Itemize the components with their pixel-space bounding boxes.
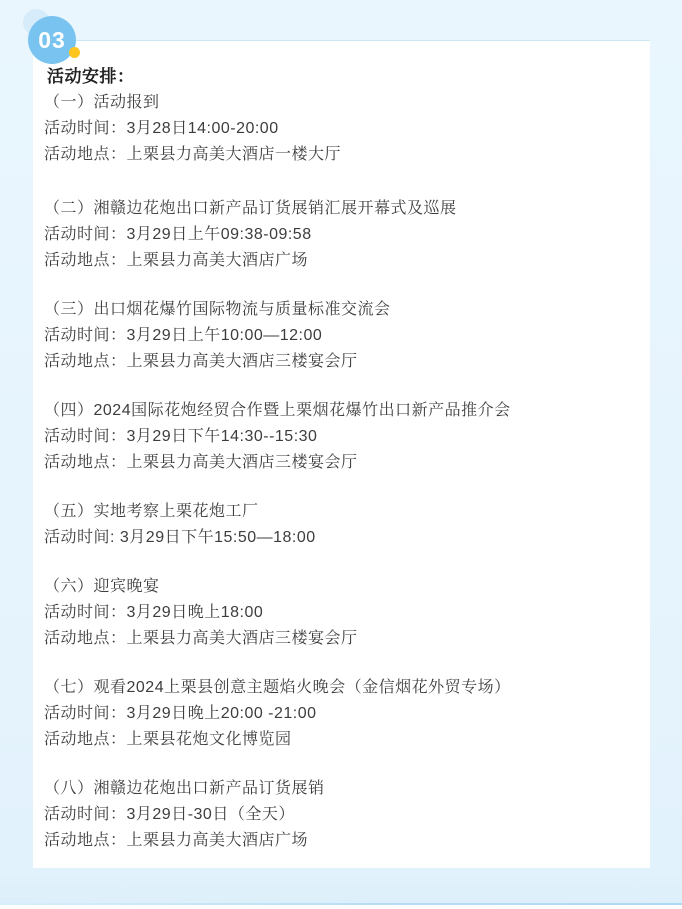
event-place: 活动地点：上栗县力高美大酒店三楼宴会厅 (44, 349, 632, 375)
event-group-7: （七）观看2024上栗县创意主题焰火晚会（金信烟花外贸专场） 活动时间：3月29… (44, 675, 632, 753)
event-group-4: （四）2024国际花炮经贸合作暨上栗烟花爆竹出口新产品推介会 活动时间：3月29… (44, 398, 632, 476)
section-number: 03 (38, 29, 66, 52)
event-title: （五）实地考察上栗花炮工厂 (44, 499, 632, 525)
event-time: 活动时间：3月28日14:00-20:00 (44, 116, 632, 142)
event-group-6: （六）迎宾晚宴 活动时间：3月29日晚上18:00 活动地点：上栗县力高美大酒店… (44, 574, 632, 652)
event-group-8: （八）湘赣边花炮出口新产品订货展销 活动时间：3月29日-30日（全天） 活动地… (44, 776, 632, 854)
section-number-badge: 03 (28, 16, 76, 64)
event-title: （四）2024国际花炮经贸合作暨上栗烟花爆竹出口新产品推介会 (44, 398, 632, 424)
event-title: （六）迎宾晚宴 (44, 574, 632, 600)
event-time: 活动时间：3月29日晚上20:00 -21:00 (44, 701, 632, 727)
section-heading: 活动安排： (44, 64, 632, 90)
bottom-divider (0, 903, 682, 905)
event-place: 活动地点：上栗县力高美大酒店三楼宴会厅 (44, 450, 632, 476)
event-time: 活动时间：3月29日上午10:00—12:00 (44, 323, 632, 349)
event-time: 活动时间：3月29日晚上18:00 (44, 600, 632, 626)
event-time: 活动时间：3月29日下午14:30--15:30 (44, 424, 632, 450)
event-time: 活动时间：3月29日-30日（全天） (44, 802, 632, 828)
content-card: 活动安排： （一）活动报到 活动时间：3月28日14:00-20:00 活动地点… (33, 40, 650, 868)
event-place: 活动地点：上栗县力高美大酒店广场 (44, 248, 632, 274)
event-time: 活动时间: 3月29日下午15:50—18:00 (44, 525, 632, 551)
yellow-dot (69, 47, 80, 58)
page: 活动安排： （一）活动报到 活动时间：3月28日14:00-20:00 活动地点… (0, 0, 682, 909)
event-group-1: （一）活动报到 活动时间：3月28日14:00-20:00 活动地点：上栗县力高… (44, 90, 632, 168)
event-title: （一）活动报到 (44, 90, 632, 116)
event-title: （八）湘赣边花炮出口新产品订货展销 (44, 776, 632, 802)
event-group-3: （三）出口烟花爆竹国际物流与质量标准交流会 活动时间：3月29日上午10:00—… (44, 297, 632, 375)
event-title: （二）湘赣边花炮出口新产品订货展销汇展开幕式及巡展 (44, 196, 632, 222)
event-place: 活动地点：上栗县力高美大酒店广场 (44, 828, 632, 854)
event-place: 活动地点：上栗县花炮文化博览园 (44, 727, 632, 753)
event-place: 活动地点：上栗县力高美大酒店三楼宴会厅 (44, 626, 632, 652)
event-place: 活动地点：上栗县力高美大酒店一楼大厅 (44, 142, 632, 168)
event-title: （三）出口烟花爆竹国际物流与质量标准交流会 (44, 297, 632, 323)
event-time: 活动时间：3月29日上午09:38-09:58 (44, 222, 632, 248)
event-group-5: （五）实地考察上栗花炮工厂 活动时间: 3月29日下午15:50—18:00 (44, 499, 632, 551)
event-title: （七）观看2024上栗县创意主题焰火晚会（金信烟花外贸专场） (44, 675, 632, 701)
event-group-2: （二）湘赣边花炮出口新产品订货展销汇展开幕式及巡展 活动时间：3月29日上午09… (44, 196, 632, 274)
